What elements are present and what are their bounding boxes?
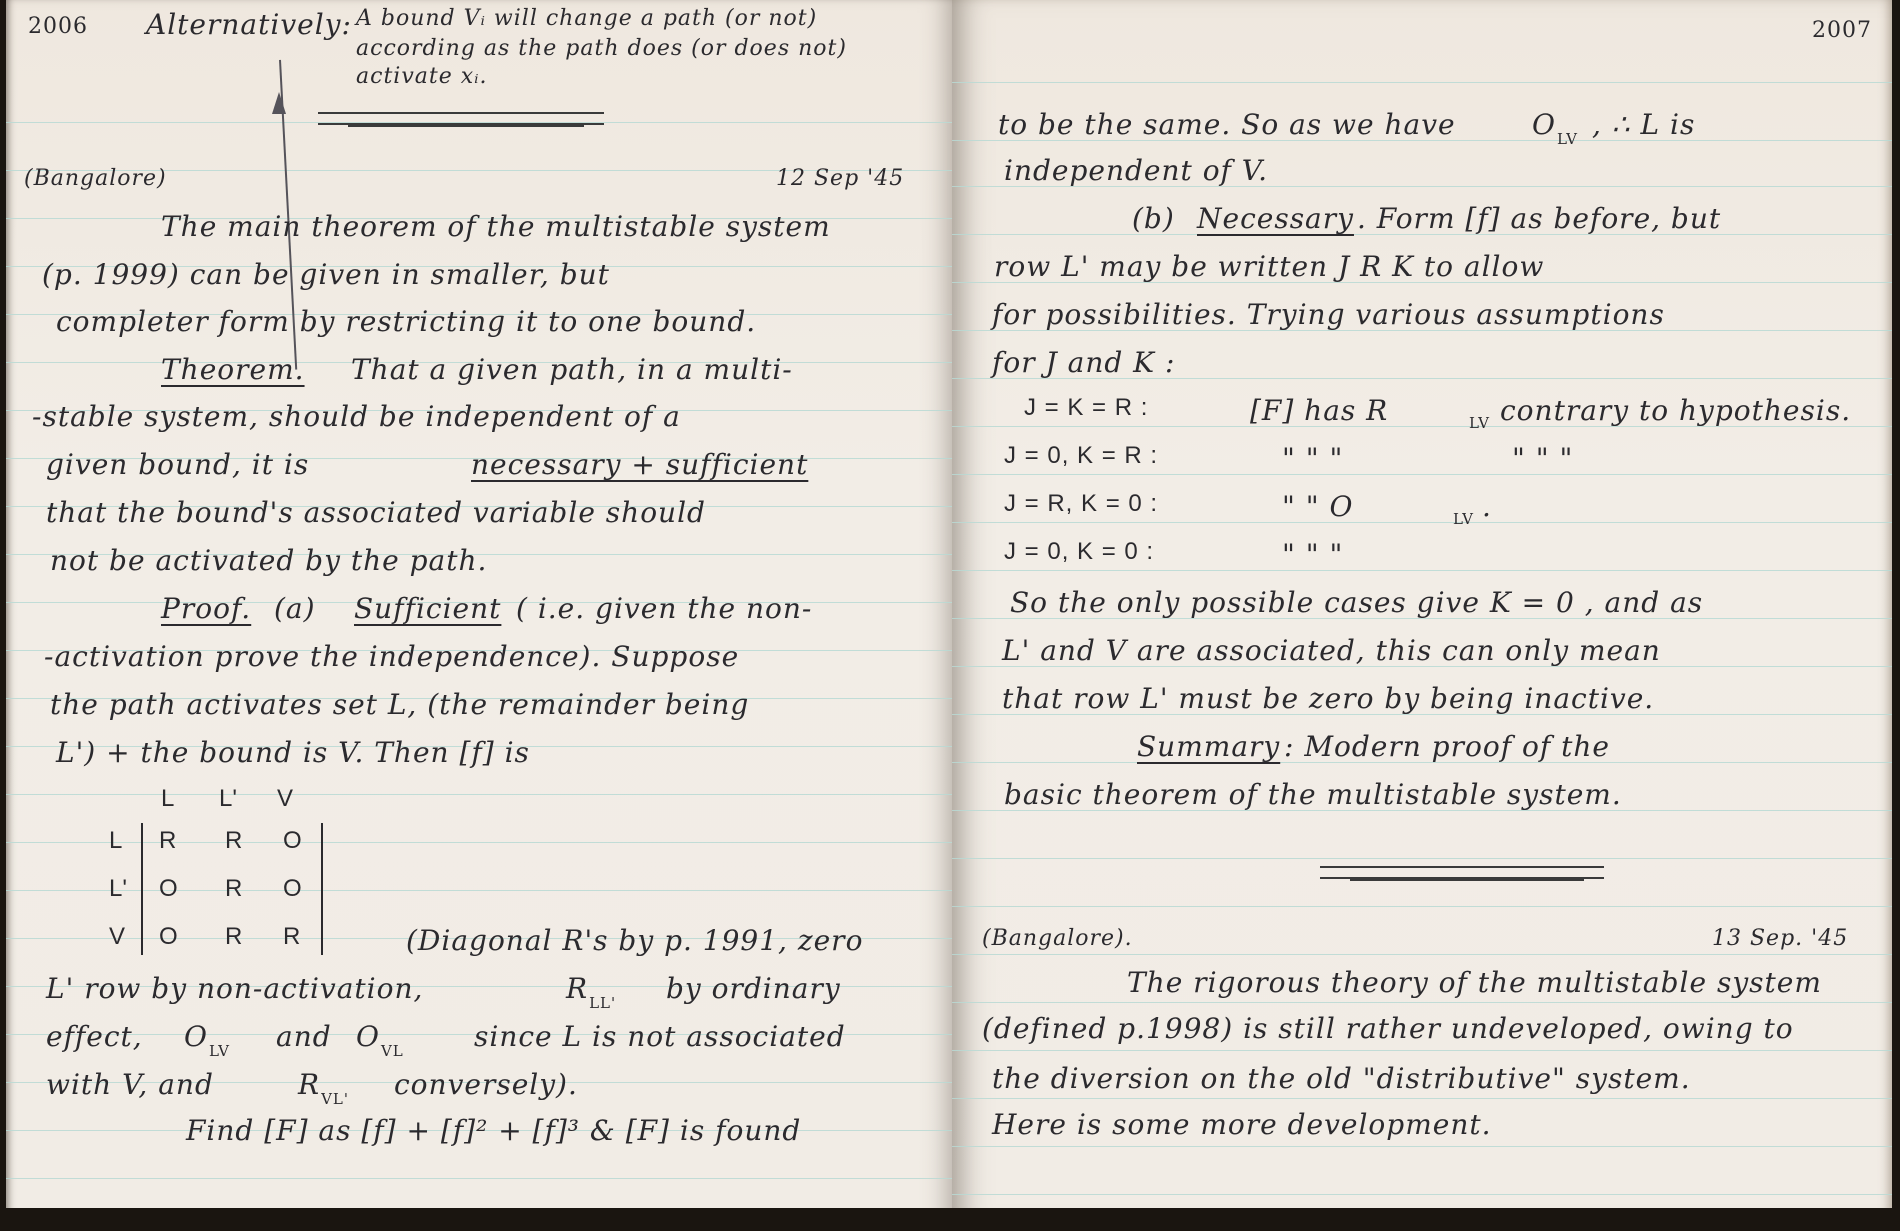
section-divider [318, 112, 604, 125]
text-line: with V, and [46, 1068, 214, 1101]
symbol-O-LV: OLV [184, 1020, 230, 1060]
table-surface [0, 1208, 1900, 1222]
f-matrix: L L' V L L' V R R O O R O O R R [101, 785, 361, 960]
matrix-cell: R [159, 827, 176, 855]
case-result: " " " [1282, 538, 1343, 571]
case-tail: . [1482, 490, 1492, 523]
matrix-row-header: V [109, 923, 125, 951]
case-result: " " O [1282, 490, 1354, 523]
symbol-O-VL: OVL [356, 1020, 404, 1060]
part-b: (b) [1132, 202, 1175, 235]
text-line: -stable system, should be independent of… [32, 400, 681, 433]
matrix-row-header: L' [109, 875, 127, 903]
text-line: That a given path, in a multi- [351, 353, 793, 386]
case-sub: LV [1469, 414, 1490, 432]
necessary-label: Necessary [1197, 202, 1354, 235]
right-page: 2007 to be the same. So as we have OLV ,… [952, 0, 1892, 1222]
matrix-cell: R [283, 923, 300, 951]
text-line: row L' may be written J R K to allow [994, 250, 1544, 283]
text-line: that the bound's associated variable sho… [46, 496, 706, 529]
matrix-cell: O [283, 875, 302, 903]
matrix-cell: R [225, 923, 242, 951]
case-result: " " " [1282, 442, 1343, 475]
text-line: and [276, 1020, 332, 1053]
matrix-col-header: L [161, 785, 174, 813]
header-line-1: A bound Vᵢ will change a path (or not) [356, 6, 817, 31]
text-line: for possibilities. Trying various assump… [992, 298, 1665, 331]
case-result: [F] has R [1250, 394, 1388, 427]
text-line: given bound, it is [46, 448, 309, 481]
matrix-col-header: L' [219, 785, 237, 813]
proof-label: Proof. [161, 592, 251, 625]
sufficient-label: Sufficient [354, 592, 501, 625]
section-divider [1320, 866, 1604, 879]
case-condition: J = K = R : [1024, 394, 1148, 422]
entry-place: (Bangalore). [982, 926, 1133, 951]
theorem-label: Theorem. [161, 353, 305, 386]
text-line: since L is not associated [474, 1020, 846, 1053]
part-a: (a) [274, 592, 316, 625]
text-line: effect, [46, 1020, 143, 1053]
matrix-left-bar [141, 823, 143, 955]
case-condition: J = R, K = 0 : [1004, 490, 1158, 518]
text-line: completer form by restricting it to one … [56, 305, 756, 338]
matrix-cell: R [225, 827, 242, 855]
entry-date: 13 Sep. '45 [1712, 926, 1848, 951]
page-number-left: 2006 [28, 14, 88, 39]
text-line: basic theorem of the multistable system. [1004, 778, 1622, 811]
text-line: conversely). [394, 1068, 578, 1101]
text-line: Here is some more development. [992, 1108, 1492, 1141]
case-sub: LV [1453, 510, 1474, 528]
matrix-col-header: V [277, 785, 293, 813]
text-line: : Modern proof of the [1284, 730, 1610, 763]
text-line: . Form [f] as before, but [1357, 202, 1721, 235]
matrix-row-header: L [109, 827, 122, 855]
text-line: (Diagonal R's by p. 1991, zero [406, 924, 863, 957]
text-line: ( i.e. given the non- [516, 592, 812, 625]
text-line: (defined p.1998) is still rather undevel… [982, 1012, 1794, 1045]
text-line: the path activates set L, (the remainder… [50, 688, 749, 721]
matrix-right-bar [321, 823, 323, 955]
entry-date: 12 Sep '45 [776, 166, 904, 191]
matrix-cell: O [159, 875, 178, 903]
entry-place: (Bangalore) [24, 166, 167, 191]
case-condition: J = 0, K = R : [1004, 442, 1158, 470]
matrix-cell: O [283, 827, 302, 855]
matrix-cell: O [159, 923, 178, 951]
left-page: 2006 Alternatively: A bound Vᵢ will chan… [6, 0, 952, 1222]
text-line: L' row by non-activation, [46, 972, 423, 1005]
text-line: the diversion on the old "distributive" … [992, 1062, 1691, 1095]
text-line: So the only possible cases give K = 0 , … [1010, 586, 1703, 619]
header-line-3: activate xᵢ. [356, 64, 488, 89]
text-line: -activation prove the independence). Sup… [44, 640, 739, 673]
text-line: Find [F] as [f] + [f]² + [f]³ & [F] is f… [186, 1114, 801, 1147]
summary-label: Summary [1137, 730, 1280, 763]
text-line: for J and K : [992, 346, 1175, 379]
arrow-up-icon [272, 92, 286, 114]
text-line: by ordinary [666, 972, 841, 1005]
case-tail: " " " [1512, 442, 1573, 475]
text-line: , ∴ L is [1592, 108, 1695, 141]
text-line: that row L' must be zero by being inacti… [1002, 682, 1654, 715]
text-line: The main theorem of the multistable syst… [161, 210, 831, 243]
symbol-R-VL: RVL' [298, 1068, 349, 1108]
matrix-cell: R [225, 875, 242, 903]
header-line-2: according as the path does (or does not) [356, 36, 847, 61]
text-line: The rigorous theory of the multistable s… [1127, 966, 1822, 999]
text-line: not be activated by the path. [50, 544, 487, 577]
alternatively-label: Alternatively: [146, 8, 352, 41]
text-line: to be the same. So as we have [998, 108, 1456, 141]
page-number-right: 2007 [1812, 18, 1872, 43]
symbol-R-LL: RLL' [566, 972, 616, 1012]
text-line: L') + the bound is V. Then [f] is [56, 736, 530, 769]
text-line: independent of V. [1004, 154, 1268, 187]
case-tail: contrary to hypothesis. [1500, 394, 1851, 427]
necessary-sufficient: necessary + sufficient [471, 448, 808, 481]
text-line: (p. 1999) can be given in smaller, but [42, 258, 610, 291]
notebook-spread: 2006 Alternatively: A bound Vᵢ will chan… [0, 0, 1900, 1222]
symbol-O-LV: OLV [1532, 108, 1578, 148]
text-line: L' and V are associated, this can only m… [1002, 634, 1661, 667]
case-condition: J = 0, K = 0 : [1004, 538, 1154, 566]
